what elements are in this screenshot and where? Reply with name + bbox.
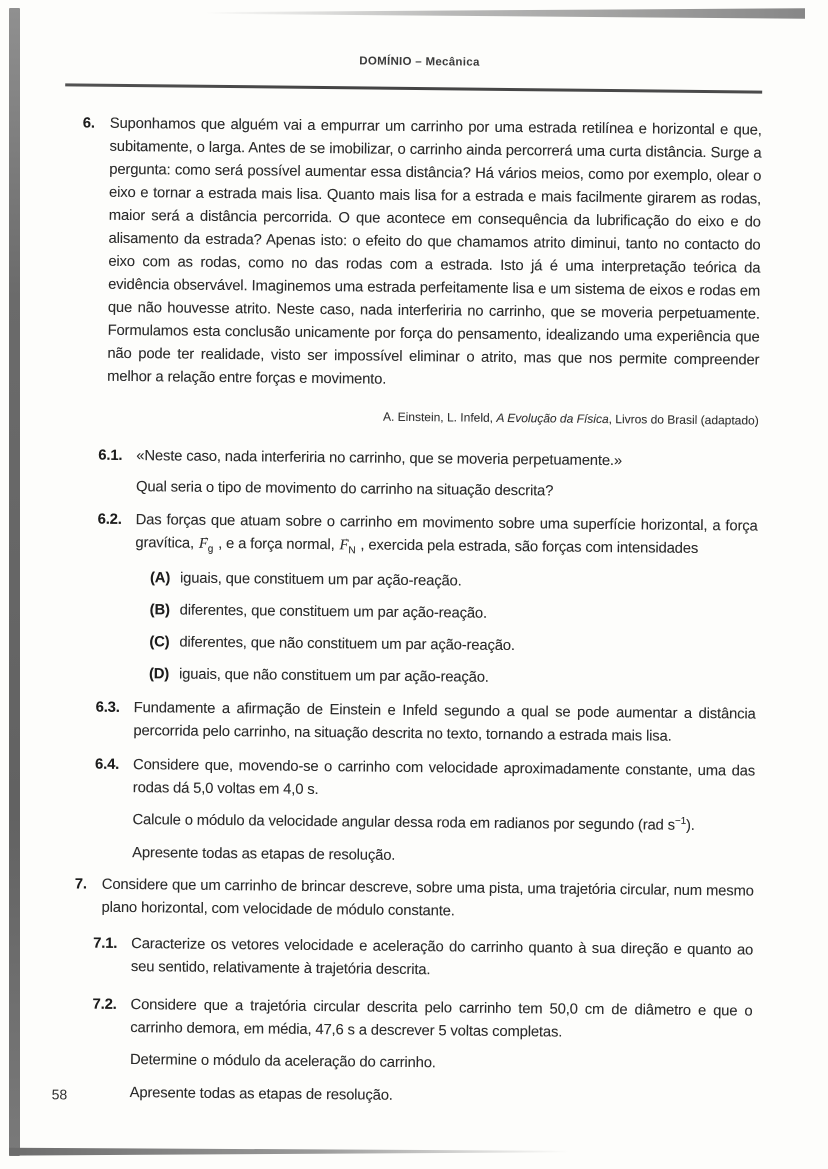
option-d-text: iguais, que não constituem um par ação-r… — [179, 664, 489, 690]
question-7-number: 7. — [74, 873, 101, 919]
vector-FN: FN — [338, 534, 356, 557]
vector-Fg-subscript: g — [208, 544, 214, 555]
subquestion-7-2-determine-line: Determine o módulo da aceleração do carr… — [130, 1049, 752, 1079]
question-6: 6. Suponhamos que alguém vai a empurrar … — [80, 113, 762, 396]
subquestion-6-1-number: 6.1. — [98, 445, 137, 499]
option-c: (C) diferentes, que não constituem um pa… — [149, 631, 756, 660]
header-divider — [65, 83, 762, 93]
option-c-label: (C) — [149, 631, 179, 654]
option-a: (A) iguais, que constituem um par ação-r… — [150, 567, 757, 596]
subquestion-6-2-body: Das forças que atuam sobre o carrinho em… — [134, 509, 758, 693]
vector-Fg: Fg — [198, 533, 215, 556]
subquestion-7-2-number: 7.2. — [92, 994, 131, 1105]
subquestion-6-3-text: Fundamente a afirmação de Einstein e Inf… — [133, 697, 755, 750]
question-6-paragraph: Suponhamos que alguém vai a empurrar um … — [107, 113, 762, 396]
option-b-label: (B) — [150, 599, 180, 622]
question-6-number: 6. — [80, 113, 110, 389]
option-d-label: (D) — [149, 663, 179, 686]
subquestion-6-4-text: Considere que, movendo-se o carrinho com… — [133, 754, 755, 807]
vector-FN-letter: F — [339, 537, 348, 553]
citation-authors: A. Einstein, L. Infeld, — [383, 410, 497, 425]
option-a-label: (A) — [150, 567, 180, 590]
subquestion-6-1-body: «Neste caso, nada interferiria no carrin… — [136, 445, 759, 506]
subquestion-6-4-calc-line: Calcule o módulo da velocidade angular d… — [132, 809, 754, 839]
subquestion-6-2-number: 6.2. — [96, 509, 136, 686]
subquestion-6-3-number: 6.3. — [95, 697, 133, 743]
option-c-text: diferentes, que não constituem um par aç… — [179, 632, 515, 659]
document-body: 6. Suponhamos que alguém vai a empurrar … — [73, 113, 762, 1112]
stem-segment-2: , e a força normal, — [214, 536, 338, 553]
subquestion-7-2: 7.2. Considere que a trajetória circular… — [92, 994, 753, 1112]
subquestion-6-4-steps-line: Apresente todas as etapas de resolução. — [132, 842, 754, 872]
page-number: 58 — [52, 1086, 68, 1102]
option-a-text: iguais, que constituem um par ação-reaçã… — [180, 568, 462, 594]
subquestion-7-1-text: Caracterize os vetores velocidade e acel… — [131, 933, 753, 986]
page-content: DOMÍNIO – Mecânica 6. Suponhamos que alg… — [0, 0, 828, 1169]
subquestion-6-1-prompt: Qual seria o tipo de movimento do carrin… — [136, 476, 758, 506]
domain-header-title: DOMÍNIO – Mecânica — [5, 52, 828, 73]
question-7: 7. Considere que um carrinho de brincar … — [74, 873, 753, 926]
subquestion-6-3: 6.3. Fundamente a afirmação de Einstein … — [95, 697, 755, 750]
subquestion-6-1: 6.1. «Neste caso, nada interferiria no c… — [98, 445, 759, 506]
subquestion-7-2-body: Considere que a trajetória circular desc… — [130, 994, 753, 1112]
calc-exponent: −1 — [675, 816, 686, 827]
subquestion-6-4-body: Considere que, movendo-se o carrinho com… — [132, 754, 755, 872]
subquestion-6-4: 6.4. Considere que, movendo-se o carrinh… — [94, 754, 755, 872]
subquestion-6-2: 6.2. Das forças que atuam sobre o carrin… — [96, 509, 758, 693]
subquestion-6-4-number: 6.4. — [94, 754, 133, 865]
subquestion-7-2-text: Considere que a trajetória circular desc… — [130, 994, 752, 1047]
subquestion-6-2-stem: Das forças que atuam sobre o carrinho em… — [135, 509, 757, 562]
question-7-paragraph: Considere que um carrinho de brincar des… — [101, 874, 753, 927]
citation-publisher: , Livros do Brasil (adaptado) — [609, 412, 759, 428]
option-d: (D) iguais, que não constituem um par aç… — [149, 663, 756, 692]
vector-FN-subscript: N — [348, 545, 355, 556]
subquestion-7-1: 7.1. Caracterize os vetores velocidade e… — [93, 933, 753, 986]
scanned-page: DOMÍNIO – Mecânica 6. Suponhamos que alg… — [0, 0, 828, 1169]
scan-edge-left — [9, 8, 20, 1156]
citation-work-title: A Evolução da Física — [496, 411, 608, 426]
calc-post: ). — [686, 818, 695, 834]
subquestion-7-2-steps-line: Apresente todas as etapas de resolução. — [130, 1082, 752, 1112]
stem-segment-3: , exercida pela estrada, são forças com … — [356, 537, 698, 557]
source-citation: A. Einstein, L. Infeld, A Evolução da Fí… — [80, 402, 759, 432]
subquestion-7-1-number: 7.1. — [93, 933, 131, 979]
option-b: (B) diferentes, que constituem um par aç… — [150, 599, 757, 628]
option-b-text: diferentes, que constituem um par ação-r… — [180, 600, 488, 626]
subquestion-6-1-quote: «Neste caso, nada interferiria no carrin… — [136, 445, 758, 475]
calc-pre: Calcule o módulo da velocidade angular d… — [132, 812, 675, 834]
